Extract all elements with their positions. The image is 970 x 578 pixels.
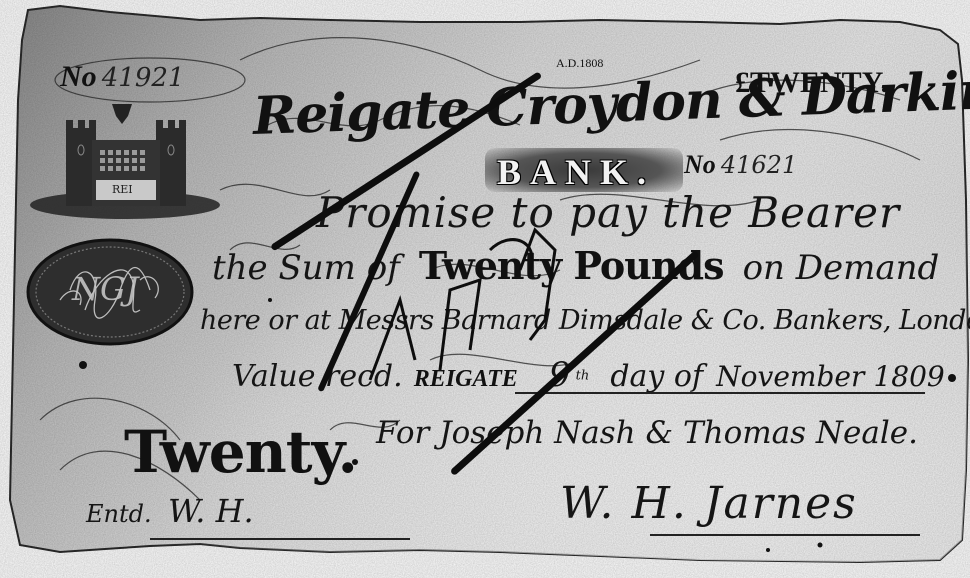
monogram-text: NGJ <box>72 270 138 308</box>
serial-number-right: No 41621 <box>684 150 797 180</box>
value-year: 1809 <box>873 360 944 393</box>
serial-right-value: 41621 <box>721 151 797 179</box>
for-line: For Joseph Nash & Thomas Neale. <box>376 415 918 451</box>
bank-label: BANK. <box>497 151 655 193</box>
sum-suffix: on Demand <box>743 248 940 288</box>
serial-right-prefix: No <box>684 150 716 179</box>
value-mid: day of <box>610 359 703 394</box>
entered-label: Entd. <box>86 500 152 528</box>
cancellation-scribble <box>330 210 610 410</box>
signature: W. H. Jarnes <box>560 478 858 529</box>
banknote: No 41921 REI NGJ A.D.1808 £TWENTY. Reiga… <box>0 0 970 578</box>
signature-underline <box>650 534 920 536</box>
serial-number-top-left: No 41921 <box>60 60 184 94</box>
serial-prefix: No <box>60 60 97 93</box>
established-year: A.D.1808 <box>556 56 603 71</box>
castle-label: REI <box>112 183 133 196</box>
value-month: November <box>716 360 864 393</box>
entered-initials: W. H. <box>168 492 254 530</box>
denomination-bottom-left: Twenty. <box>124 418 357 486</box>
serial-value: 41921 <box>102 63 185 93</box>
entered-underline <box>150 538 410 540</box>
